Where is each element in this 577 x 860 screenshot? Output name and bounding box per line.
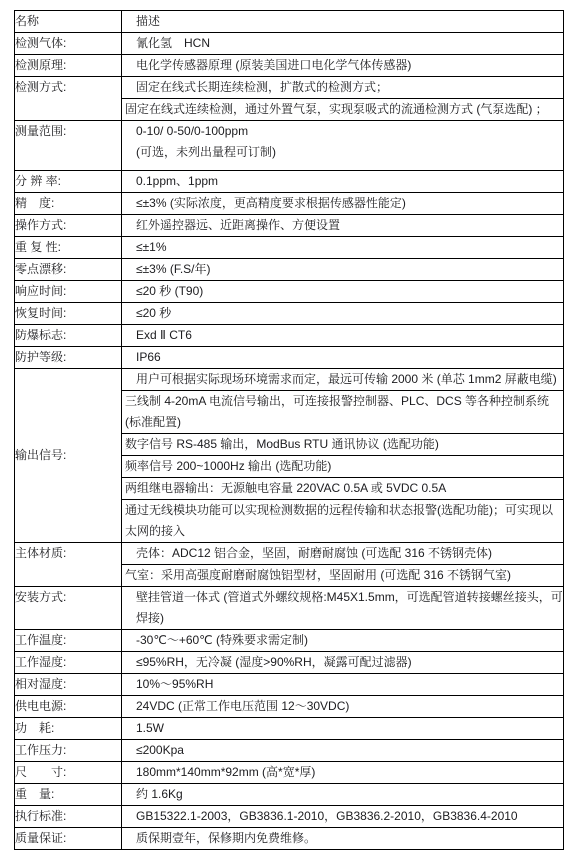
value-cell: 约 1.6Kg <box>122 784 564 806</box>
value-line: ≤20 秒 <box>122 303 563 324</box>
table-row: 工作湿度:≤95%RH，无冷凝 (湿度>90%RH，凝露可配过滤器) <box>15 652 564 674</box>
row-label: 工作压力: <box>15 740 122 762</box>
value-line: ≤95%RH，无冷凝 (湿度>90%RH，凝露可配过滤器) <box>122 652 563 673</box>
value-line: ≤±3% (实际浓度，更高精度要求根据传感器性能定) <box>122 193 563 214</box>
value-line: 180mm*140mm*92mm (高*宽*厚) <box>122 762 563 783</box>
value-cell: ≤20 秒 <box>122 303 564 325</box>
column-header-desc-text: 描述 <box>122 11 563 32</box>
value-cell: 10%～95%RH <box>122 674 564 696</box>
value-line: -30℃～+60℃ (特殊要求需定制) <box>122 630 563 651</box>
row-label: 操作方式: <box>15 215 122 237</box>
value-line: 0-10/ 0-50/0-100ppm <box>122 121 563 142</box>
value-line: ≤20 秒 (T90) <box>122 281 563 302</box>
row-label: 检测方式: <box>15 77 122 121</box>
row-label: 质量保证: <box>15 828 122 850</box>
value-line: 壁挂管道一体式 (管道式外螺纹规格:M45X1.5mm，可选配管道转接螺丝接头，… <box>122 587 563 629</box>
value-cell: 0-10/ 0-50/0-100ppm(可选，未列出量程可订制) <box>122 121 564 171</box>
table-row: 工作温度:-30℃～+60℃ (特殊要求需定制) <box>15 630 564 652</box>
value-cell: 质保期壹年，保修期内免费维修。 <box>122 828 564 850</box>
row-label: 检测气体: <box>15 33 122 55</box>
value-line: 红外遥控器远、近距离操作、方便设置 <box>122 215 563 236</box>
value-line: 壳体：ADC12 铝合金，坚固，耐磨耐腐蚀 (可选配 316 不锈钢壳体) <box>122 543 563 564</box>
value-cell: 三线制 4-20mA 电流信号输出，可连接报警控制器、PLC、DCS 等各种控制… <box>122 391 564 434</box>
table-row: 防爆标志:Exd Ⅱ CT6 <box>15 325 564 347</box>
spec-table: 名称 描述 检测气体:氰化氢 HCN检测原理:电化学传感器原理 (原装美国进口电… <box>14 10 564 850</box>
value-line: 10%～95%RH <box>122 674 563 695</box>
table-row: 供电电源:24VDC (正常工作电压范围 12～30VDC) <box>15 696 564 718</box>
row-label: 主体材质: <box>15 543 122 587</box>
table-row: 检测方式:固定在线式长期连续检测，扩散式的检测方式； <box>15 77 564 99</box>
value-cell: 壳体：ADC12 铝合金，坚固，耐磨耐腐蚀 (可选配 316 不锈钢壳体) <box>122 543 564 565</box>
table-row: 相对湿度:10%～95%RH <box>15 674 564 696</box>
table-row: 重 量:约 1.6Kg <box>15 784 564 806</box>
table-row: 质量保证:质保期壹年，保修期内免费维修。 <box>15 828 564 850</box>
value-cell: 固定在线式连续检测，通过外置气泵，实现泵吸式的流通检测方式 (气泵选配) ； <box>122 99 564 121</box>
value-line: 频率信号 200~1000Hz 输出 (选配功能) <box>122 456 563 477</box>
row-label: 分 辨 率: <box>15 171 122 193</box>
value-line: ≤200Kpa <box>122 740 563 761</box>
value-cell: 电化学传感器原理 (原装美国进口电化学气体传感器) <box>122 55 564 77</box>
value-cell: ≤20 秒 (T90) <box>122 281 564 303</box>
value-line: IP66 <box>122 347 563 368</box>
row-label: 零点漂移: <box>15 259 122 281</box>
row-label: 检测原理: <box>15 55 122 77</box>
value-cell: ≤200Kpa <box>122 740 564 762</box>
spec-table-body: 名称 描述 检测气体:氰化氢 HCN检测原理:电化学传感器原理 (原装美国进口电… <box>15 11 564 850</box>
value-line: 1.5W <box>122 718 563 739</box>
row-label: 安装方式: <box>15 587 122 630</box>
row-label: 响应时间: <box>15 281 122 303</box>
column-header-desc: 描述 <box>122 11 564 33</box>
spec-sheet: 名称 描述 检测气体:氰化氢 HCN检测原理:电化学传感器原理 (原装美国进口电… <box>0 0 577 860</box>
table-row: 安装方式:壁挂管道一体式 (管道式外螺纹规格:M45X1.5mm，可选配管道转接… <box>15 587 564 630</box>
column-header-name: 名称 <box>15 11 122 33</box>
table-row: 零点漂移:≤±3% (F.S/年) <box>15 259 564 281</box>
value-line: 用户可根据实际现场环境需求而定，最远可传输 2000 米 (单芯 1mm2 屏蔽… <box>122 369 563 390</box>
value-cell: -30℃～+60℃ (特殊要求需定制) <box>122 630 564 652</box>
row-label: 输出信号: <box>15 369 122 543</box>
value-cell: 180mm*140mm*92mm (高*宽*厚) <box>122 762 564 784</box>
value-line: 三线制 4-20mA 电流信号输出，可连接报警控制器、PLC、DCS 等各种控制… <box>122 391 563 433</box>
row-label: 重 量: <box>15 784 122 806</box>
table-row: 精 度:≤±3% (实际浓度，更高精度要求根据传感器性能定) <box>15 193 564 215</box>
value-cell: ≤±1% <box>122 237 564 259</box>
value-cell: 0.1ppm、1ppm <box>122 171 564 193</box>
value-cell: 数字信号 RS-485 输出，ModBus RTU 通讯协议 (选配功能) <box>122 434 564 456</box>
value-cell: 固定在线式长期连续检测，扩散式的检测方式； <box>122 77 564 99</box>
row-label: 功 耗: <box>15 718 122 740</box>
table-row: 响应时间:≤20 秒 (T90) <box>15 281 564 303</box>
value-line: 固定在线式长期连续检测，扩散式的检测方式； <box>122 77 563 98</box>
value-cell: 两组继电器输出：无源触电容量 220VAC 0.5A 或 5VDC 0.5A <box>122 478 564 500</box>
value-line: Exd Ⅱ CT6 <box>122 325 563 346</box>
value-line: 通过无线模块功能可以实现检测数据的远程传输和状态报警(选配功能)；可实现以太网的… <box>122 500 563 542</box>
row-label: 测量范围: <box>15 121 122 171</box>
value-cell: 通过无线模块功能可以实现检测数据的远程传输和状态报警(选配功能)；可实现以太网的… <box>122 500 564 543</box>
table-row: 功 耗:1.5W <box>15 718 564 740</box>
value-line: 气室：采用高强度耐磨耐腐蚀铝型材，坚固耐用 (可选配 316 不锈钢气室) <box>122 565 563 586</box>
row-label: 精 度: <box>15 193 122 215</box>
value-line: 约 1.6Kg <box>122 784 563 805</box>
table-row: 操作方式:红外遥控器远、近距离操作、方便设置 <box>15 215 564 237</box>
row-label: 执行标准: <box>15 806 122 828</box>
value-line: ≤±1% <box>122 237 563 258</box>
value-cell: 1.5W <box>122 718 564 740</box>
value-cell: GB15322.1-2003，GB3836.1-2010，GB3836.2-20… <box>122 806 564 828</box>
value-cell: ≤±3% (F.S/年) <box>122 259 564 281</box>
value-cell: 频率信号 200~1000Hz 输出 (选配功能) <box>122 456 564 478</box>
value-line: 24VDC (正常工作电压范围 12～30VDC) <box>122 696 563 717</box>
row-label: 相对湿度: <box>15 674 122 696</box>
value-cell: 用户可根据实际现场环境需求而定，最远可传输 2000 米 (单芯 1mm2 屏蔽… <box>122 369 564 391</box>
row-label: 供电电源: <box>15 696 122 718</box>
table-row: 重 复 性:≤±1% <box>15 237 564 259</box>
value-cell: 红外遥控器远、近距离操作、方便设置 <box>122 215 564 237</box>
table-row: 检测原理:电化学传感器原理 (原装美国进口电化学气体传感器) <box>15 55 564 77</box>
value-cell: Exd Ⅱ CT6 <box>122 325 564 347</box>
value-cell: 壁挂管道一体式 (管道式外螺纹规格:M45X1.5mm，可选配管道转接螺丝接头，… <box>122 587 564 630</box>
value-cell: 气室：采用高强度耐磨耐腐蚀铝型材，坚固耐用 (可选配 316 不锈钢气室) <box>122 565 564 587</box>
value-line: 氰化氢 HCN <box>122 33 563 54</box>
value-line: 数字信号 RS-485 输出，ModBus RTU 通讯协议 (选配功能) <box>122 434 563 455</box>
value-line: 0.1ppm、1ppm <box>122 171 563 192</box>
value-cell: ≤±3% (实际浓度，更高精度要求根据传感器性能定) <box>122 193 564 215</box>
table-row: 分 辨 率:0.1ppm、1ppm <box>15 171 564 193</box>
table-row: 主体材质:壳体：ADC12 铝合金，坚固，耐磨耐腐蚀 (可选配 316 不锈钢壳… <box>15 543 564 565</box>
value-cell: ≤95%RH，无冷凝 (湿度>90%RH，凝露可配过滤器) <box>122 652 564 674</box>
value-cell: 24VDC (正常工作电压范围 12～30VDC) <box>122 696 564 718</box>
value-line: GB15322.1-2003，GB3836.1-2010，GB3836.2-20… <box>122 806 563 827</box>
table-row: 执行标准:GB15322.1-2003，GB3836.1-2010，GB3836… <box>15 806 564 828</box>
value-line: (可选，未列出量程可订制) <box>122 142 563 163</box>
table-row: 恢复时间:≤20 秒 <box>15 303 564 325</box>
table-row: 防护等级:IP66 <box>15 347 564 369</box>
row-label: 尺 寸: <box>15 762 122 784</box>
value-line: 电化学传感器原理 (原装美国进口电化学气体传感器) <box>122 55 563 76</box>
table-row: 工作压力:≤200Kpa <box>15 740 564 762</box>
row-label: 恢复时间: <box>15 303 122 325</box>
value-line: 质保期壹年，保修期内免费维修。 <box>122 828 563 849</box>
table-row: 尺 寸:180mm*140mm*92mm (高*宽*厚) <box>15 762 564 784</box>
table-row: 输出信号:用户可根据实际现场环境需求而定，最远可传输 2000 米 (单芯 1m… <box>15 369 564 391</box>
value-line: 固定在线式连续检测，通过外置气泵，实现泵吸式的流通检测方式 (气泵选配) ； <box>122 99 563 120</box>
row-label: 重 复 性: <box>15 237 122 259</box>
table-row: 测量范围:0-10/ 0-50/0-100ppm(可选，未列出量程可订制) <box>15 121 564 171</box>
row-label: 防爆标志: <box>15 325 122 347</box>
row-label: 工作湿度: <box>15 652 122 674</box>
value-line: ≤±3% (F.S/年) <box>122 259 563 280</box>
value-line: 两组继电器输出：无源触电容量 220VAC 0.5A 或 5VDC 0.5A <box>122 478 563 499</box>
value-cell: 氰化氢 HCN <box>122 33 564 55</box>
value-cell: IP66 <box>122 347 564 369</box>
row-label: 工作温度: <box>15 630 122 652</box>
row-label: 防护等级: <box>15 347 122 369</box>
table-row: 检测气体:氰化氢 HCN <box>15 33 564 55</box>
header-row: 名称 描述 <box>15 11 564 33</box>
